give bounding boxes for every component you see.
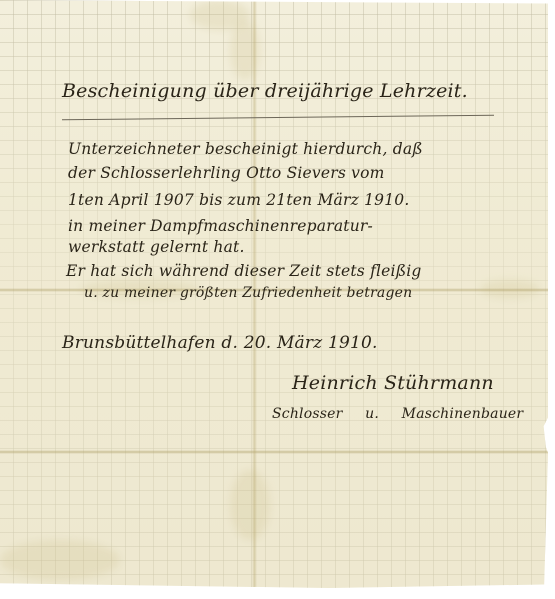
body-line-3: 1ten April 1907 bis zum 21ten März 1910. [68,191,409,209]
paper-stain [230,470,270,540]
body-line-4: in meiner Dampfmaschinenreparatur- [68,217,373,235]
signature-title: Schlosser u. Maschinenbauer [272,406,523,422]
body-line-7: u. zu meiner größten Zufriedenheit betra… [84,285,412,301]
body-line-6: Er hat sich während dieser Zeit stets fl… [66,262,422,280]
document-title: Bescheinigung über dreijährige Lehrzeit. [62,80,468,102]
body-line-5: werkstatt gelernt hat. [68,238,245,256]
horizontal-fold [0,450,548,454]
place-and-date: Brunsbüttelhafen d. 20. März 1910. [62,333,378,353]
body-line-2: der Schlosserlehrling Otto Sievers vom [68,164,385,182]
signature-name: Heinrich Stührmann [292,372,494,394]
paper-stain [0,540,120,580]
body-line-1: Unterzeichneter bescheinigt hierdurch, d… [68,140,423,158]
